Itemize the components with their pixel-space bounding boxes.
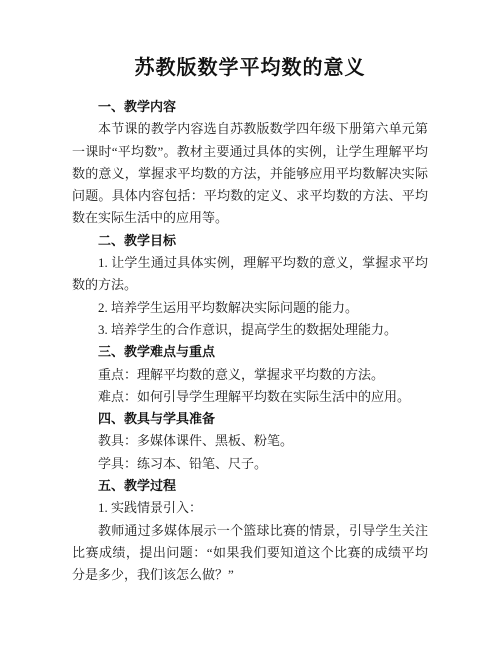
document-page: 苏教版数学平均数的意义 一、教学内容 本节课的教学内容选自苏教版数学四年级下册第… xyxy=(0,0,500,647)
section-teaching-aids: 四、教具与学具准备 教具：多媒体课件、黑板、粉笔。 学具：练习本、铅笔、尺子。 xyxy=(72,408,428,475)
paragraph: 难点：如何引导学生理解平均数在实际生活中的应用。 xyxy=(72,386,428,408)
section-teaching-content: 一、教学内容 本节课的教学内容选自苏教版数学四年级下册第六单元第一课时“平均数”… xyxy=(72,96,428,230)
paragraph: 学具：练习本、铅笔、尺子。 xyxy=(72,453,428,475)
section-heading: 三、教学难点与重点 xyxy=(72,341,428,363)
numbered-item: 2. 培养学生运用平均数解决实际问题的能力。 xyxy=(72,297,428,319)
numbered-item: 1. 实践情景引入： xyxy=(72,497,428,519)
paragraph: 重点：理解平均数的意义，掌握求平均数的方法。 xyxy=(72,364,428,386)
paragraph: 教具：多媒体课件、黑板、粉笔。 xyxy=(72,430,428,452)
paragraph: 教师通过多媒体展示一个篮球比赛的情景，引导学生关注比赛成绩，提出问题：“如果我们… xyxy=(72,520,428,587)
numbered-item: 3. 培养学生的合作意识，提高学生的数据处理能力。 xyxy=(72,319,428,341)
section-teaching-process: 五、教学过程 1. 实践情景引入： 教师通过多媒体展示一个篮球比赛的情景，引导学… xyxy=(72,475,428,586)
page-title: 苏教版数学平均数的意义 xyxy=(72,52,428,84)
section-heading: 二、教学目标 xyxy=(72,230,428,252)
section-difficulties-keypoints: 三、教学难点与重点 重点：理解平均数的意义，掌握求平均数的方法。 难点：如何引导… xyxy=(72,341,428,408)
section-heading: 四、教具与学具准备 xyxy=(72,408,428,430)
numbered-item: 1. 让学生通过具体实例，理解平均数的意义，掌握求平均数的方法。 xyxy=(72,252,428,297)
section-heading: 一、教学内容 xyxy=(72,96,428,118)
section-heading: 五、教学过程 xyxy=(72,475,428,497)
paragraph: 本节课的教学内容选自苏教版数学四年级下册第六单元第一课时“平均数”。教材主要通过… xyxy=(72,118,428,229)
section-teaching-goals: 二、教学目标 1. 让学生通过具体实例，理解平均数的意义，掌握求平均数的方法。 … xyxy=(72,230,428,341)
